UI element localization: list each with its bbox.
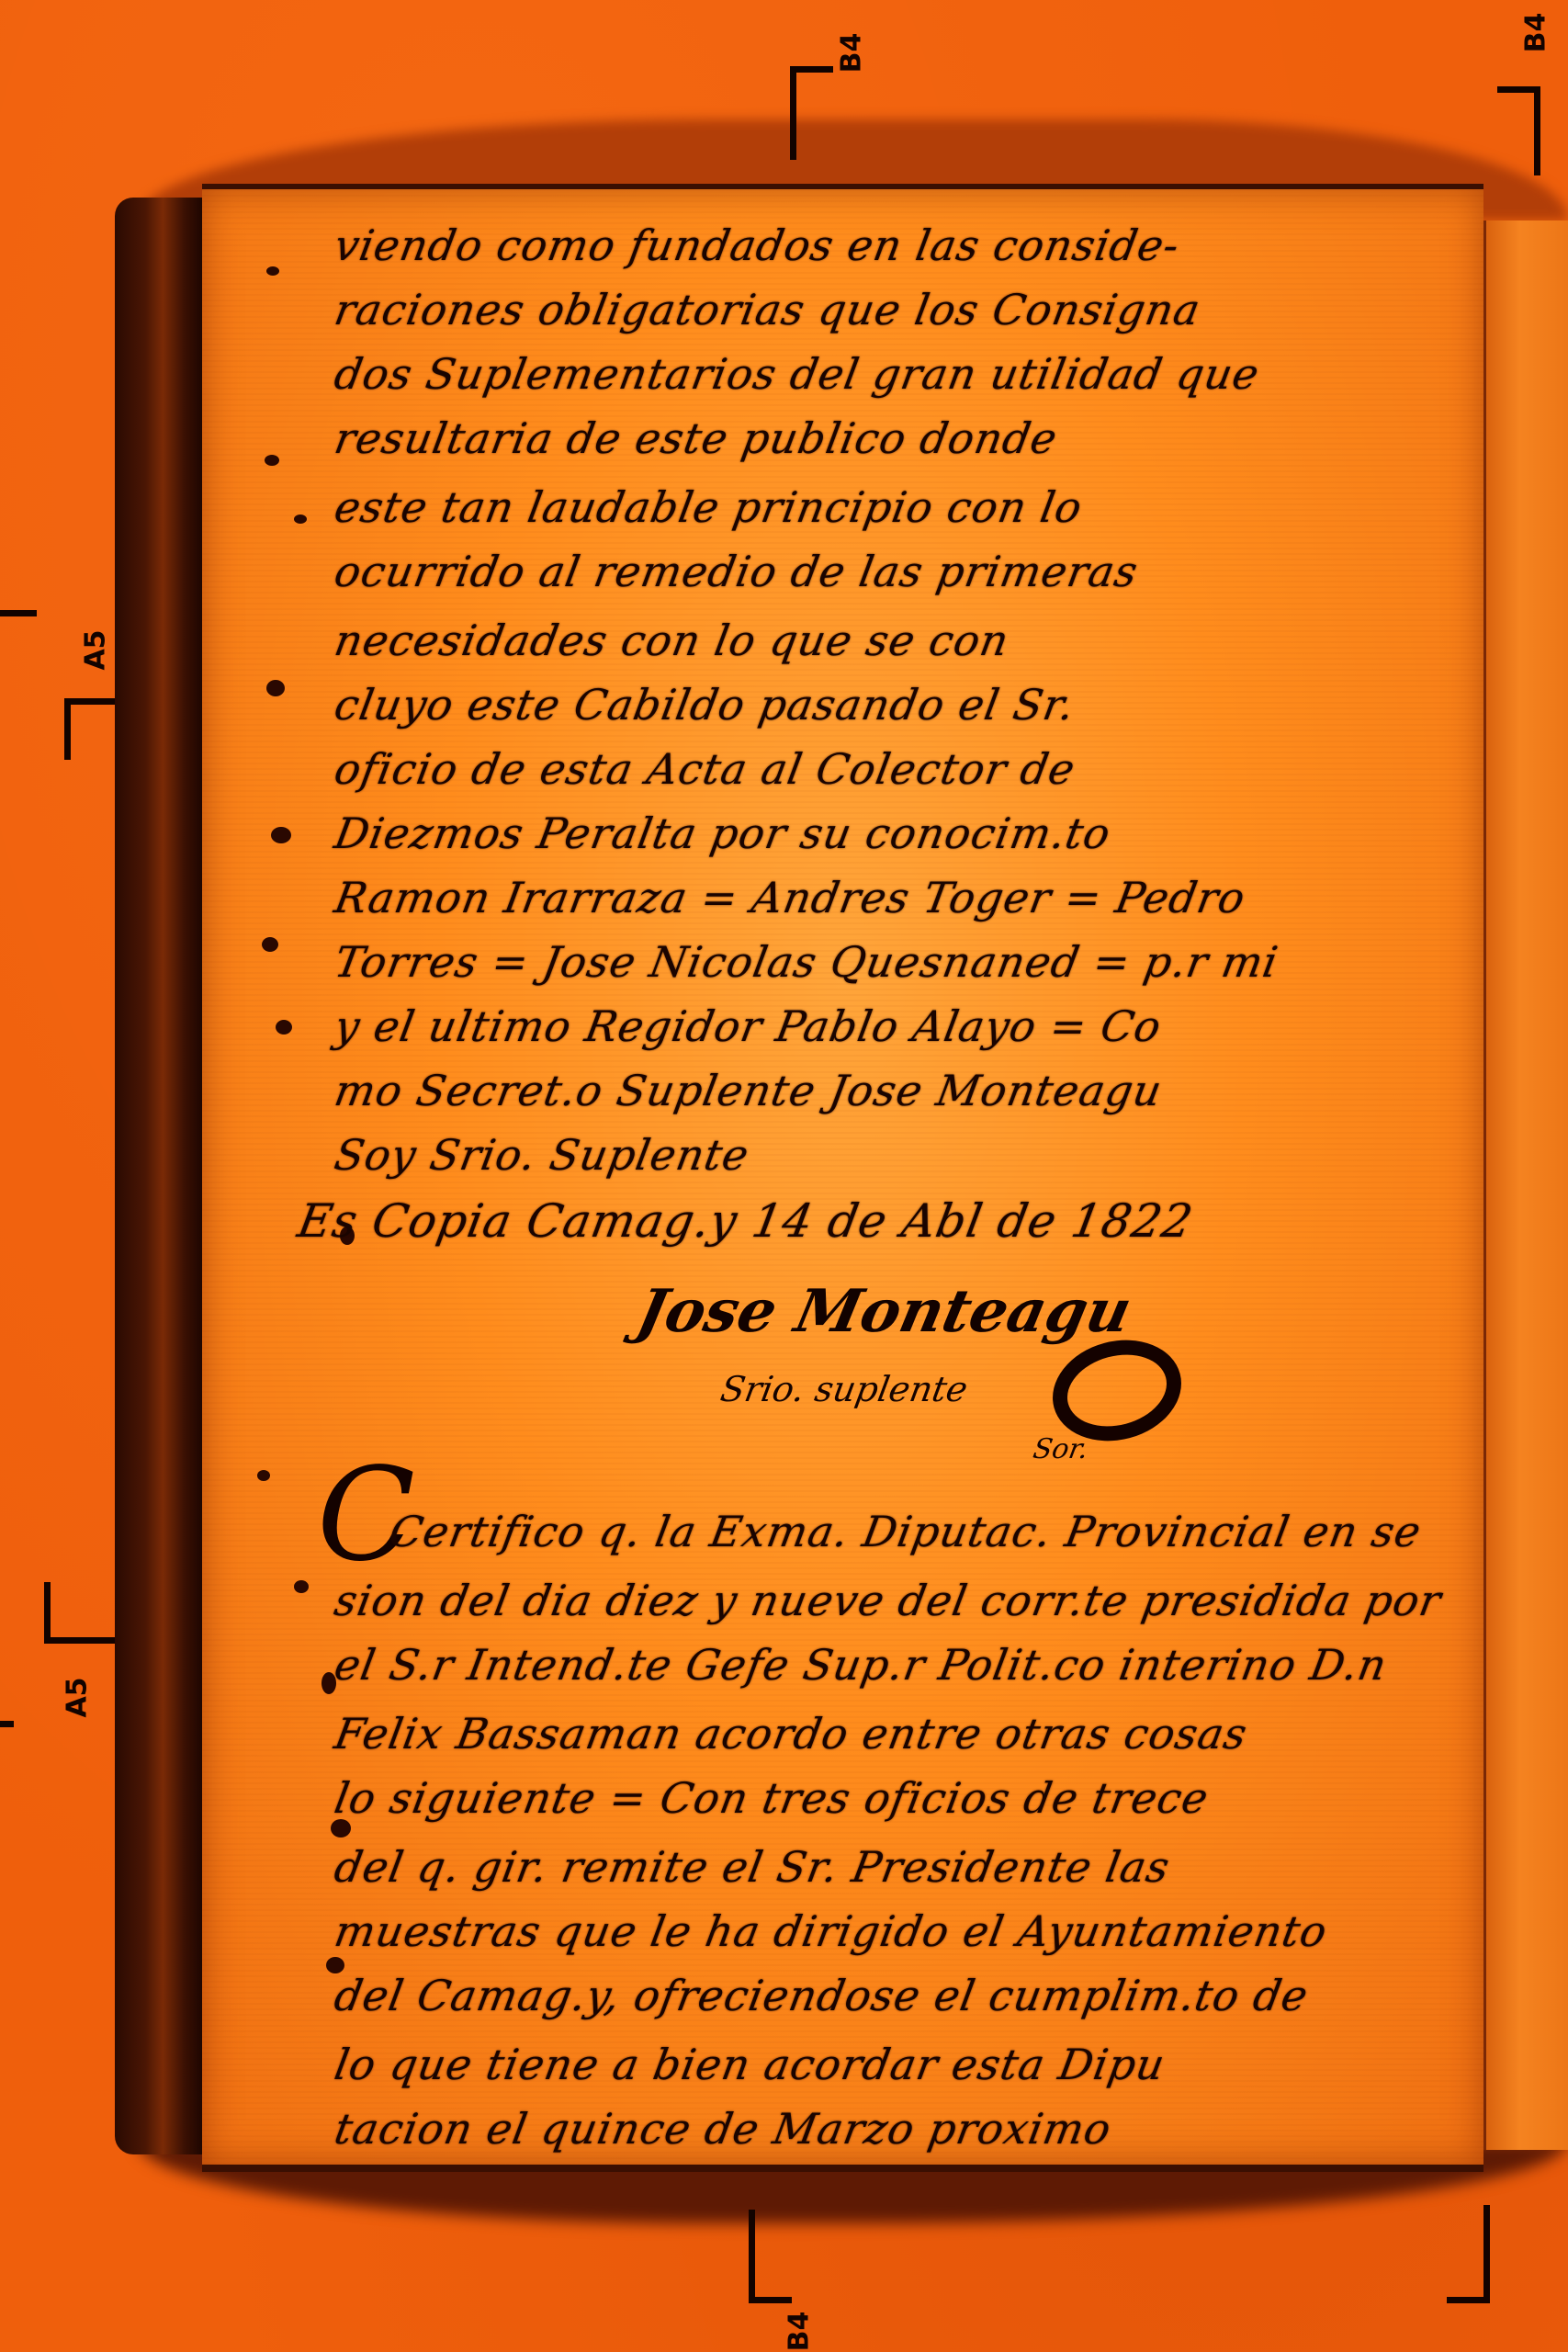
manuscript-line: del q. gir. remite el Sr. Presidente las	[331, 1842, 1174, 1892]
manuscript-line: dos Suplementarios del gran utilidad que	[331, 349, 1263, 399]
marker-label-b4: B4	[783, 2312, 815, 2352]
manuscript-line: Ramon Irarraza = Andres Toger = Pedro	[331, 873, 1249, 922]
open-book: viendo como fundados en las conside- rac…	[115, 184, 1568, 2168]
manuscript-line: cluyo este Cabildo pasando el Sr.	[331, 680, 1078, 729]
manuscript-line: y el ultimo Regidor Pablo Alayo = Co	[331, 1001, 1165, 1051]
manuscript-line: del Camag.y, ofreciendose el cumplim.to …	[331, 1971, 1312, 2020]
manuscript-line: viendo como fundados en las conside-	[331, 220, 1183, 270]
manuscript-line: raciones obligatorias que los Consigna	[331, 285, 1204, 334]
manuscript-line: el S.r Intend.te Gefe Sup.r Polit.co int…	[331, 1640, 1391, 1690]
signature-name: Jose Monteagu	[631, 1277, 1137, 1346]
manuscript-line: lo que tiene a bien acordar esta Dipu	[331, 2040, 1168, 2089]
book-spine	[115, 198, 202, 2154]
manuscript-line: Soy Srio. Suplente	[331, 1130, 753, 1180]
manuscript-line: resultaria de este publico donde	[331, 413, 1061, 463]
manuscript-line: Certifico q. la Exma. Diputac. Provincia…	[386, 1507, 1425, 1556]
manuscript-line: oficio de esta Acta al Colector de	[331, 744, 1079, 794]
marker-label-b4: B4	[835, 33, 867, 73]
marker-label-b4: B4	[1519, 13, 1551, 53]
manuscript-line: necesidades con lo que se con	[331, 616, 1013, 665]
manuscript-line: tacion el quince de Marzo proximo	[331, 2104, 1115, 2154]
manuscript-line: mo Secret.o Suplente Jose Monteagu	[331, 1066, 1166, 1115]
signature-title: Srio. suplente	[717, 1369, 971, 1409]
manuscript-line: ocurrido al remedio de las primeras	[331, 547, 1142, 596]
manuscript-line: Felix Bassaman acordo entre otras cosas	[331, 1709, 1251, 1758]
manuscript-line: lo siguiente = Con tres oficios de trece	[331, 1773, 1213, 1823]
manuscript-line: muestras que le ha dirigido el Ayuntamie…	[331, 1906, 1331, 1956]
facing-page-edge	[1483, 220, 1568, 2150]
marker-label-a5: A5	[80, 629, 112, 670]
copy-date-line: Es Copia Camag.y 14 de Abl de 1822	[294, 1194, 1197, 1248]
manuscript-line: Diezmos Peralta por su conocim.to	[331, 808, 1114, 858]
marker-label-a5: A5	[62, 1677, 94, 1717]
manuscript-line: este tan laudable principio con lo	[331, 482, 1086, 532]
manuscript-line: sion del dia diez y nueve del corr.te pr…	[331, 1576, 1445, 1625]
manuscript-line: Torres = Jose Nicolas Quesnaned = p.r mi	[331, 937, 1282, 987]
section-mark: Sor.	[1031, 1433, 1090, 1465]
